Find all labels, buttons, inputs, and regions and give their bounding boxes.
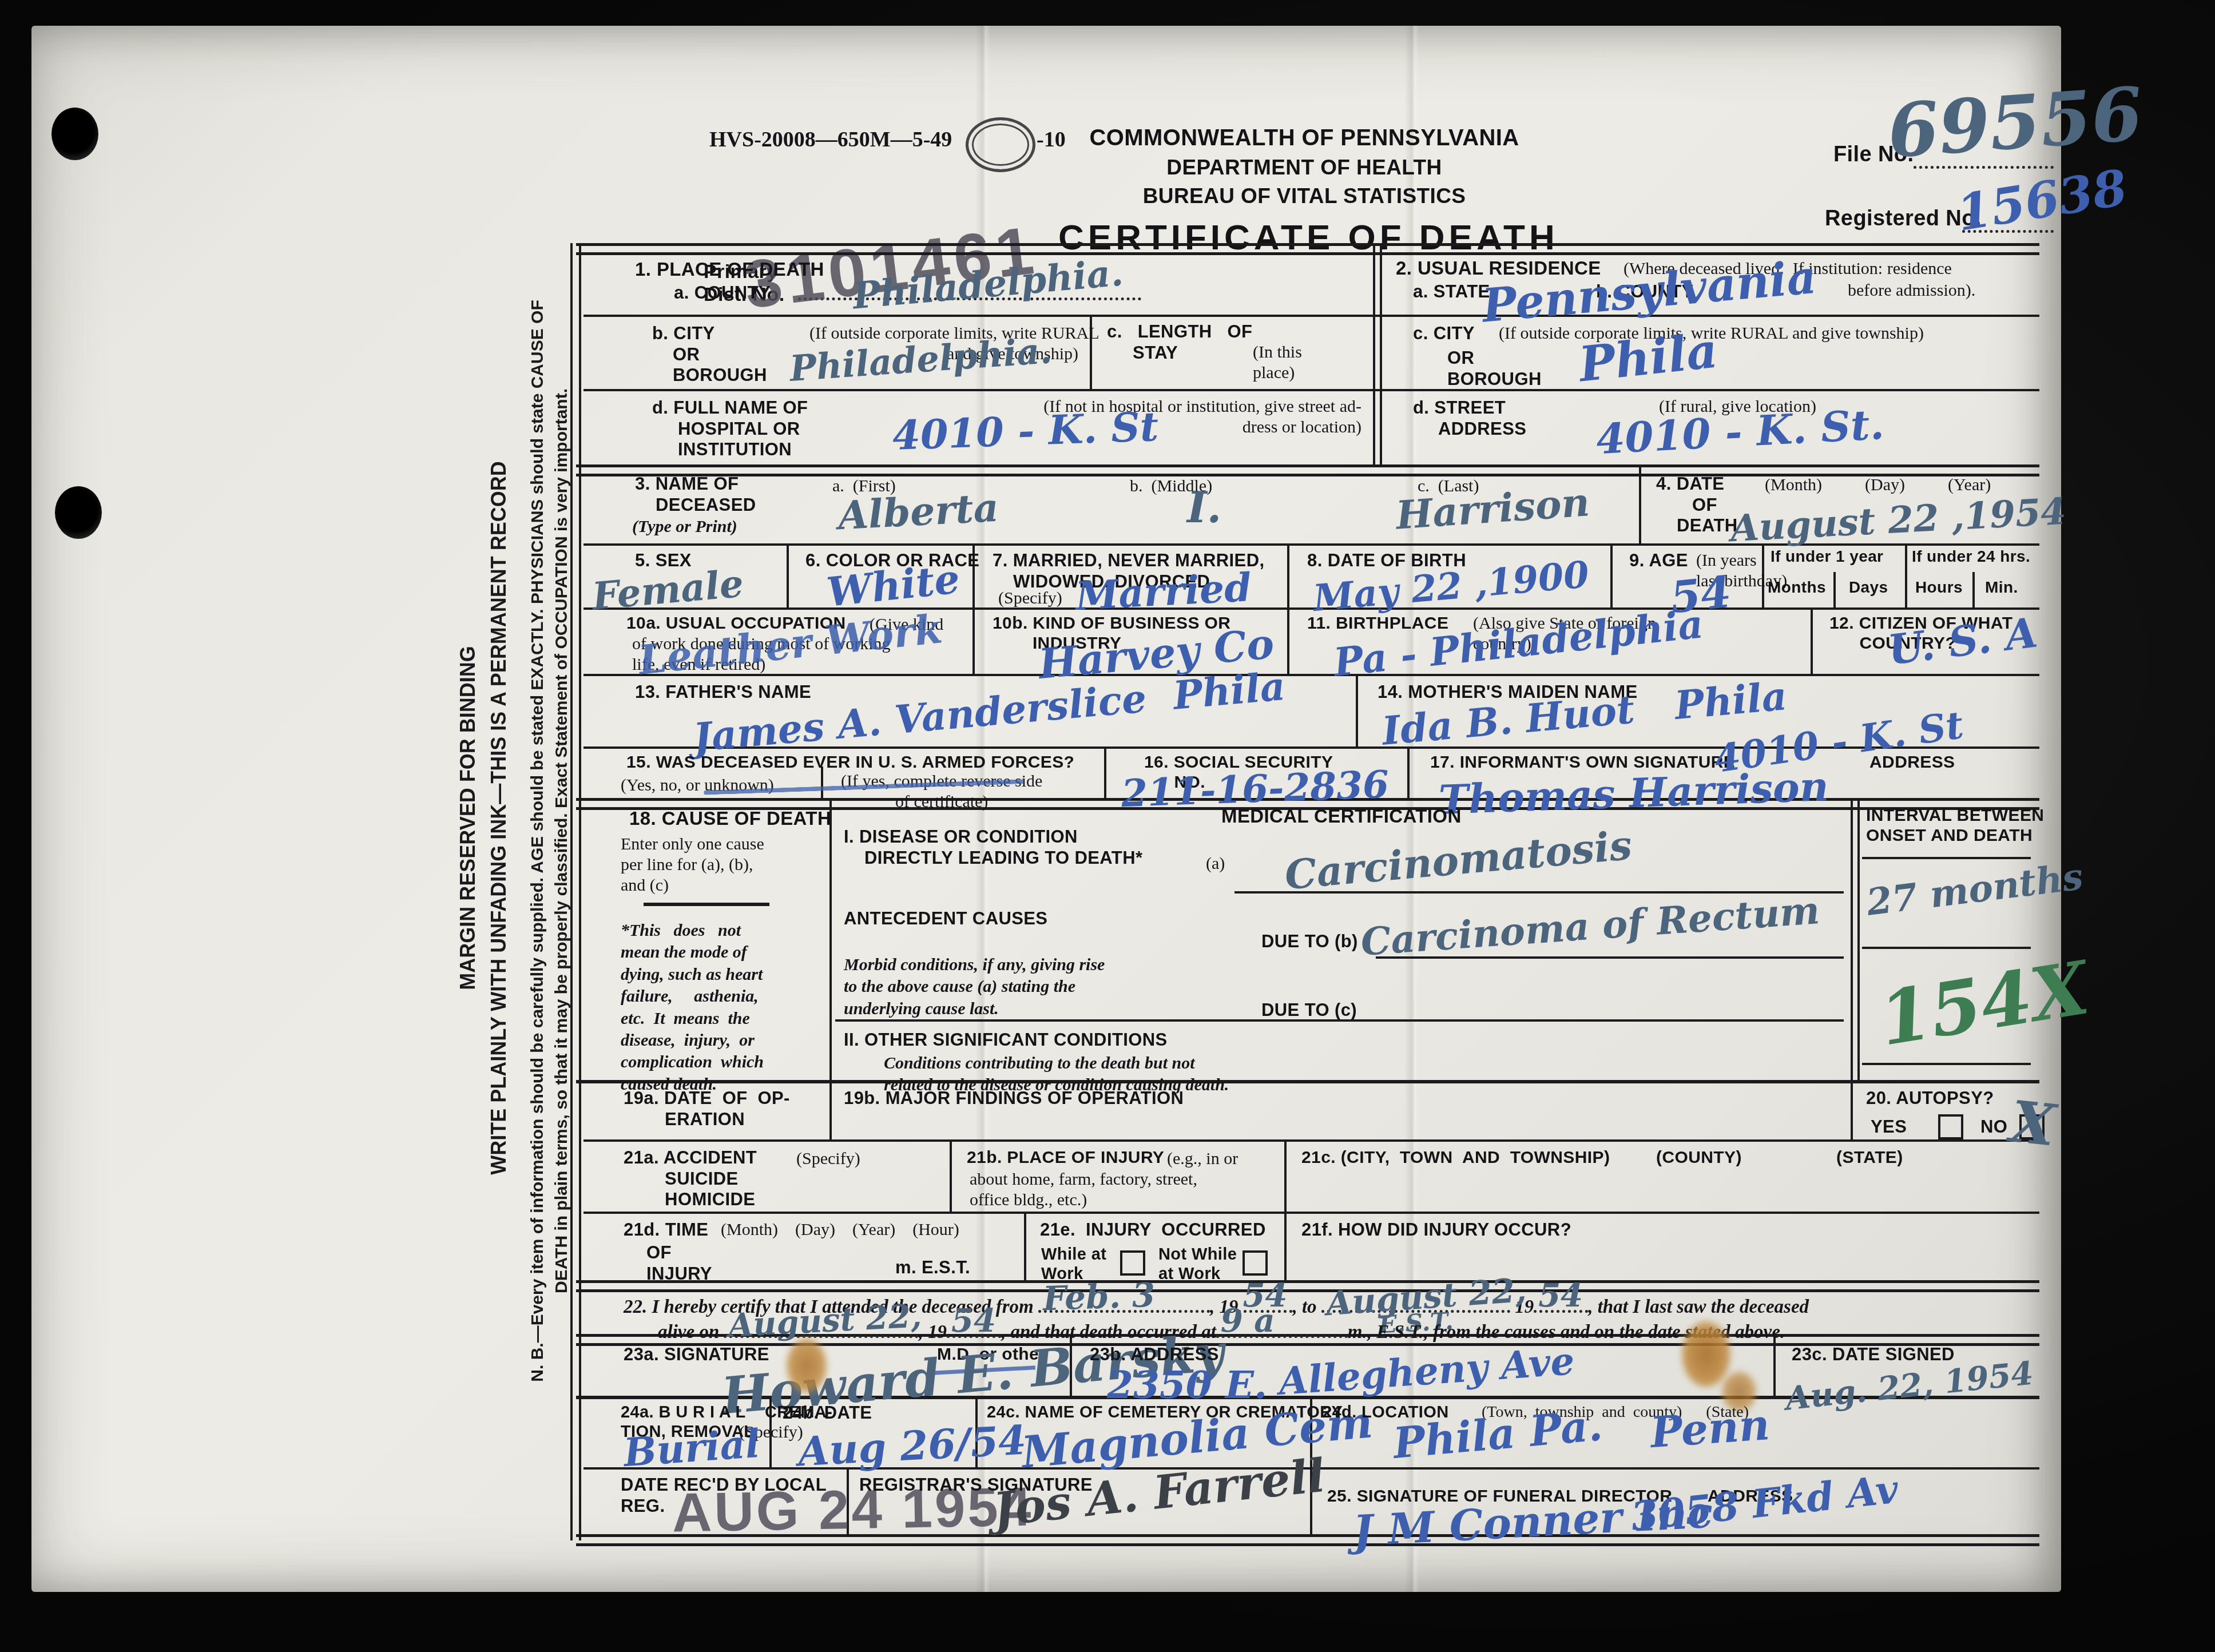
cause-note-2: *This does not mean the mode of dying, s… bbox=[621, 920, 764, 1095]
burial-value: Burial bbox=[622, 1421, 761, 1476]
rule bbox=[1811, 607, 1813, 674]
rule bbox=[829, 798, 832, 1139]
punch-hole bbox=[51, 108, 98, 160]
rule bbox=[583, 607, 2039, 610]
autopsy-no-label: NO bbox=[1980, 1117, 2007, 1138]
hospital-value: 4010 - K. St bbox=[892, 403, 1160, 459]
length-of-stay-hint: (In this place) bbox=[1253, 342, 1302, 383]
marital-hint: (Specify) bbox=[998, 588, 1062, 609]
rule bbox=[1380, 243, 1382, 464]
rule bbox=[1862, 1063, 2031, 1065]
time-of-injury-cols: (Month) (Day) (Year) (Hour) bbox=[721, 1220, 959, 1240]
burial-date-label: 24b. DATE bbox=[783, 1403, 872, 1424]
medical-certification-label: MEDICAL CERTIFICATION bbox=[1221, 805, 1462, 828]
rule bbox=[576, 1080, 2039, 1083]
rule bbox=[1857, 798, 1860, 1080]
min-label: Min. bbox=[1985, 578, 2018, 597]
rule bbox=[1284, 1139, 1287, 1212]
days-label: Days bbox=[1849, 578, 1888, 597]
rule bbox=[1024, 1212, 1026, 1280]
alive-on-field: August 22, bbox=[724, 1316, 918, 1338]
rule bbox=[972, 607, 975, 674]
place-of-death-label: 1. PLACE OF DEATH bbox=[635, 259, 824, 281]
to-year-value: 54 bbox=[1538, 1276, 1583, 1317]
cause-note-1: Enter only one cause per line for (a), (… bbox=[621, 834, 764, 896]
bureau-line: BUREAU OF VITAL STATISTICS bbox=[1058, 184, 1550, 209]
rule bbox=[1610, 543, 1613, 607]
certify-text: alive on bbox=[658, 1320, 724, 1344]
rule bbox=[1284, 1212, 1287, 1280]
header-center: COMMONWEALTH OF PENNSYLVANIA DEPARTMENT … bbox=[1058, 125, 1550, 259]
rule bbox=[1373, 243, 1375, 464]
not-while-at-work-label: Not While at Work bbox=[1158, 1245, 1237, 1284]
rule bbox=[1287, 543, 1289, 607]
attended-from-field: Feb. 3 bbox=[1038, 1290, 1210, 1313]
rule bbox=[644, 903, 769, 906]
rule bbox=[583, 389, 2039, 391]
injury-county-label: (COUNTY) bbox=[1656, 1147, 1742, 1167]
res-city-label-2: OR BOROUGH bbox=[1447, 348, 1542, 390]
rule bbox=[1639, 464, 1641, 543]
place-of-injury-hint-head: (e.g., in or bbox=[1167, 1149, 1238, 1169]
usual-residence-hint-2: before admission). bbox=[1848, 280, 1975, 301]
disease-condition-label: I. DISEASE OR CONDITION DIRECTLY LEADING… bbox=[844, 827, 1142, 868]
margin-ink-note: WRITE PLAINLY WITH UNFADING INK—THIS IS … bbox=[487, 461, 511, 1174]
rule bbox=[570, 243, 573, 1540]
accident-suicide-label: 21a. ACCIDENT SUICIDE HOMICIDE bbox=[624, 1147, 757, 1210]
physician-signature-label: 23a. SIGNATURE bbox=[624, 1344, 769, 1365]
middle-name-value: I. bbox=[1187, 483, 1221, 533]
date-of-death-label: 4. DATE OF DEATH bbox=[1656, 474, 1738, 537]
rule bbox=[1851, 798, 1853, 1139]
rule bbox=[579, 243, 581, 1540]
date-signed-label: 23c. DATE SIGNED bbox=[1792, 1344, 1955, 1365]
rule bbox=[1833, 572, 1836, 607]
est-label: m. E.S.T. bbox=[895, 1257, 970, 1278]
punch-hole bbox=[55, 486, 102, 539]
rule bbox=[1104, 746, 1106, 798]
cause-a-tag: (a) bbox=[1206, 853, 1225, 874]
time-of-injury-label-2: OF INJURY bbox=[646, 1242, 712, 1284]
rule bbox=[1287, 607, 1289, 674]
ink-stain bbox=[1682, 1321, 1730, 1387]
antecedent-label: ANTECEDENT CAUSES bbox=[844, 908, 1047, 930]
attended-from-value: Feb. 3 bbox=[1042, 1274, 1156, 1320]
alive-year-field: 54 bbox=[947, 1316, 1001, 1338]
hospital-label: d. FULL NAME OF HOSPITAL OR INSTITUTION bbox=[652, 398, 808, 460]
armed-forces-label: 15. WAS DECEASED EVER IN U. S. ARMED FOR… bbox=[626, 752, 1074, 772]
form-code: HVS-20008—650M—5-49 bbox=[709, 127, 952, 153]
rule bbox=[787, 543, 789, 607]
death-hour-field: 9 a bbox=[1216, 1316, 1348, 1338]
rule bbox=[1862, 857, 2031, 859]
autopsy-yes-checkbox[interactable] bbox=[1938, 1114, 1963, 1139]
major-findings-label: 19b. MAJOR FINDINGS OF OPERATION bbox=[844, 1088, 1184, 1109]
location-value-2: Penn bbox=[1649, 1400, 1771, 1458]
morbid-note: Morbid conditions, if any, giving rise t… bbox=[844, 954, 1105, 1020]
rule bbox=[950, 1139, 952, 1212]
specify-hint: (Specify) bbox=[796, 1149, 860, 1169]
age-label: 9. AGE bbox=[1629, 550, 1688, 571]
cause-of-death-label: 18. CAUSE OF DEATH bbox=[629, 808, 831, 830]
rule bbox=[1356, 674, 1358, 746]
street-label: d. STREET ADDRESS bbox=[1413, 398, 1526, 439]
place-of-injury-hint: about home, farm, factory, street, offic… bbox=[970, 1169, 1197, 1210]
printer-seal-icon bbox=[966, 117, 1035, 172]
margin-nb-note-2: DEATH in plain terms, so that it may be … bbox=[552, 388, 571, 1293]
length-of-stay-label: c. LENGTH OF STAY bbox=[1107, 321, 1252, 363]
marital-value: Married bbox=[1074, 565, 1252, 619]
hours-label: Hours bbox=[1915, 578, 1963, 597]
armed-forces-hint-2: (If yes, complete reverse side of certif… bbox=[841, 771, 1042, 812]
other-conditions-label: II. OTHER SIGNIFICANT CONDITIONS bbox=[844, 1030, 1168, 1051]
months-label: Months bbox=[1768, 578, 1826, 597]
autopsy-label: 20. AUTOPSY? bbox=[1866, 1088, 1994, 1109]
not-while-at-work-checkbox[interactable] bbox=[1243, 1250, 1268, 1276]
rule bbox=[1407, 746, 1410, 798]
injury-state-label: (STATE) bbox=[1836, 1147, 1903, 1167]
department-line: DEPARTMENT OF HEALTH bbox=[1058, 155, 1550, 180]
type-or-print-hint: (Type or Print) bbox=[632, 516, 737, 538]
rule bbox=[1905, 543, 1907, 607]
commonwealth-line: COMMONWEALTH OF PENNSYLVANIA bbox=[1058, 125, 1550, 152]
rule bbox=[583, 1212, 2039, 1214]
rule bbox=[576, 243, 2039, 255]
rule bbox=[1972, 572, 1975, 607]
place-of-injury-label: 21b. PLACE OF INJURY bbox=[967, 1147, 1164, 1167]
under-1yr-label: If under 1 year bbox=[1771, 547, 1883, 566]
injury-city-label: 21c. (CITY, TOWN AND TOWNSHIP) bbox=[1301, 1147, 1610, 1167]
autopsy-yes-label: YES bbox=[1871, 1117, 1907, 1138]
county-label: a. COUNTY bbox=[674, 283, 771, 304]
death-hour-value: 9 a bbox=[1221, 1301, 1275, 1342]
ink-stain bbox=[787, 1339, 827, 1393]
state-label: a. STATE bbox=[1413, 281, 1490, 303]
father-name-label: 13. FATHER'S NAME bbox=[635, 682, 811, 703]
rule bbox=[1862, 947, 2031, 949]
date-of-operation-label: 19a. DATE OF OP- ERATION bbox=[624, 1088, 790, 1130]
rule bbox=[583, 315, 2039, 317]
rule bbox=[583, 1139, 2039, 1142]
margin-nb-note-1: N. B.—Every item of information should b… bbox=[528, 300, 547, 1381]
alive-year-value: 54 bbox=[951, 1301, 996, 1342]
time-of-injury-label: 21d. TIME bbox=[624, 1220, 708, 1241]
rule bbox=[835, 1019, 1844, 1022]
how-injury-label: 21f. HOW DID INJURY OCCUR? bbox=[1301, 1220, 1571, 1241]
file-no-value: 69556 bbox=[1885, 72, 2145, 175]
name-of-deceased-label: 3. NAME OF DECEASED bbox=[635, 474, 756, 515]
city-borough-label: b. CITY OR BOROUGH bbox=[652, 323, 767, 386]
while-at-work-checkbox[interactable] bbox=[1120, 1250, 1145, 1276]
interval-label: INTERVAL BETWEEN ONSET AND DEATH bbox=[1866, 805, 2044, 846]
due-to-b-label: DUE TO (b) bbox=[1261, 931, 1358, 952]
date-of-death-cols: (Month) (Day) (Year) bbox=[1765, 475, 1991, 495]
first-name-value: Alberta bbox=[837, 485, 1000, 539]
under-24h-label: If under 24 hrs. bbox=[1912, 547, 2030, 566]
scanned-death-certificate: MARGIN RESERVED FOR BINDING WRITE PLAINL… bbox=[0, 0, 2215, 1652]
physician-address-1: 2350 E. bbox=[1107, 1363, 1267, 1407]
margin-binding-note: MARGIN RESERVED FOR BINDING bbox=[456, 646, 480, 990]
res-city-label: c. CITY bbox=[1413, 323, 1475, 344]
to-year-field: 54 bbox=[1534, 1290, 1588, 1313]
due-to-c-label: DUE TO (c) bbox=[1261, 1000, 1357, 1021]
certify-text: , 19 bbox=[918, 1320, 947, 1344]
injury-occurred-label: 21e. INJURY OCCURRED bbox=[1040, 1220, 1266, 1241]
autopsy-no-mark: X bbox=[2007, 1087, 2059, 1159]
